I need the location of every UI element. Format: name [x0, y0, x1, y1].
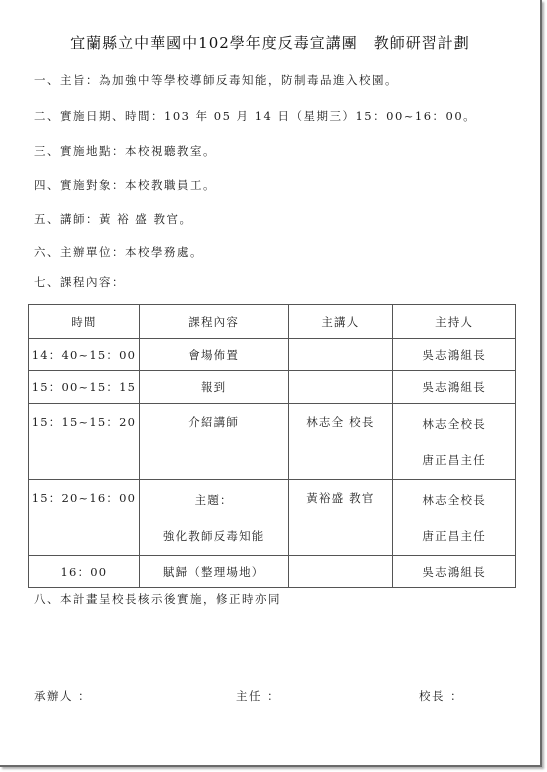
cell-time: 16：00: [29, 556, 140, 588]
table-row: 15：15~15：20 介紹講師 林志全 校長 林志全校長 唐正昌主任: [29, 404, 516, 480]
cell-speaker: 黃裕盛 教官: [288, 480, 393, 556]
table-row: 15：20~16：00 主題： 強化教師反毒知能 黃裕盛 教官 林志全校長 唐正…: [29, 480, 516, 556]
cell-speaker: [288, 339, 393, 371]
item-approval-note: 八、本計畫呈校長核示後實施，修正時亦同: [34, 591, 281, 607]
content-line: 主題：: [195, 492, 233, 508]
cell-speaker: [288, 556, 393, 588]
header-time: 時間: [29, 305, 140, 339]
schedule-table: 時間 課程內容 主講人 主持人 14：40~15：00 會場佈置 吳志鴻組長 1…: [28, 304, 516, 588]
cell-host: 林志全校長 唐正昌主任: [393, 480, 516, 556]
cell-host: 吳志鴻組長: [393, 371, 516, 404]
cell-host: 林志全校長 唐正昌主任: [393, 404, 516, 480]
cell-speaker: [288, 371, 393, 404]
cell-content: 會場佈置: [139, 339, 288, 371]
cell-time: 15：15~15：20: [29, 404, 140, 480]
cell-speaker: 林志全 校長: [288, 404, 393, 480]
table-row: 14：40~15：00 會場佈置 吳志鴻組長: [29, 339, 516, 371]
item-purpose: 一、主旨：為加強中等學校導師反毒知能，防制毒品進入校園。: [34, 72, 398, 88]
item-lecturer: 五、講師：黃 裕 盛 教官。: [34, 211, 192, 227]
signature-handler: 承辦人 ：: [34, 688, 91, 704]
cell-content: 報到: [139, 371, 288, 404]
host-line: 唐正昌主任: [422, 528, 486, 544]
host-line: 唐正昌主任: [422, 452, 486, 468]
cell-content: 賦歸（整理場地）: [139, 556, 288, 588]
signature-principal: 校長 ：: [419, 688, 463, 704]
item-date-time: 二、實施日期、時間：103 年 05 月 14 日（星期三）15：00~16：0…: [34, 108, 476, 124]
cell-host: 吳志鴻組長: [393, 339, 516, 371]
cell-content: 主題： 強化教師反毒知能: [139, 480, 288, 556]
document-title: 宜蘭縣立中華國中102學年度反毒宣講團 教師研習計劃: [0, 32, 540, 53]
cell-time: 14：40~15：00: [29, 339, 140, 371]
item-organizer: 六、主辦單位：本校學務處。: [34, 244, 203, 260]
item-location: 三、實施地點：本校視聽教室。: [34, 143, 216, 159]
header-content: 課程內容: [139, 305, 288, 339]
cell-host: 吳志鴻組長: [393, 556, 516, 588]
host-line: 林志全校長: [422, 492, 486, 508]
document-page: 宜蘭縣立中華國中102學年度反毒宣講團 教師研習計劃 一、主旨：為加強中等學校導…: [0, 0, 542, 767]
cell-time: 15：20~16：00: [29, 480, 140, 556]
cell-time: 15：00~15：15: [29, 371, 140, 404]
host-line: 林志全校長: [422, 416, 486, 432]
header-host: 主持人: [393, 305, 516, 339]
table-header-row: 時間 課程內容 主講人 主持人: [29, 305, 516, 339]
item-course-content: 七、課程內容：: [34, 274, 125, 290]
table-row: 15：00~15：15 報到 吳志鴻組長: [29, 371, 516, 404]
table-row: 16：00 賦歸（整理場地） 吳志鴻組長: [29, 556, 516, 588]
content-line: 強化教師反毒知能: [163, 528, 265, 544]
cell-content: 介紹講師: [139, 404, 288, 480]
signature-director: 主任 ：: [236, 688, 280, 704]
header-speaker: 主講人: [288, 305, 393, 339]
item-audience: 四、實施對象：本校教職員工。: [34, 177, 216, 193]
